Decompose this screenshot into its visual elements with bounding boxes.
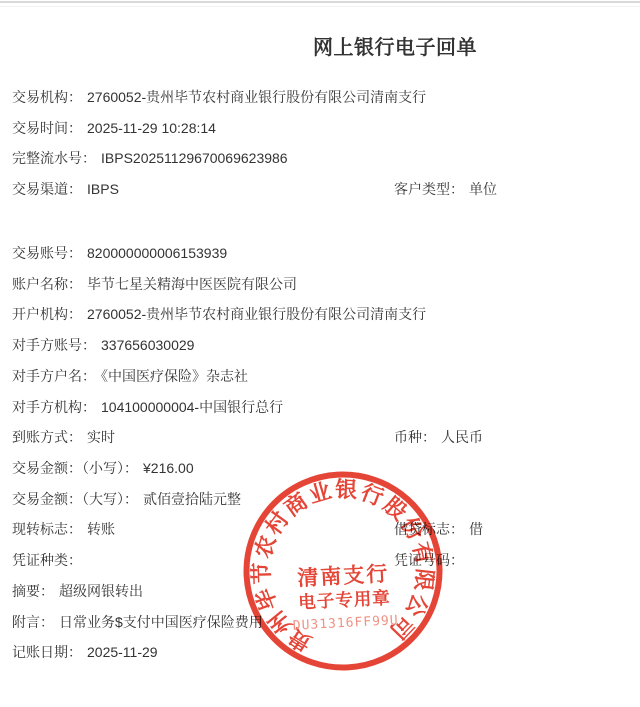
field-label: 交易时间：	[12, 120, 82, 136]
field-label: 开户机构：	[12, 306, 82, 322]
field-value: 超级网银转出	[59, 583, 143, 599]
field-value: 贰佰壹拾陆元整	[143, 491, 241, 507]
field-row: 开户机构：2760052-贵州毕节农村商业银行股份有限公司清南支行	[12, 304, 640, 324]
field-label: 交易金额：（小写）：	[12, 460, 138, 476]
stamp-branch-name: 清南支行	[297, 562, 390, 591]
field-value: 实时	[87, 429, 115, 445]
field-row: 到账方式：实时币种：人民币	[12, 427, 640, 447]
field-row: 对手方账号：337656030029	[12, 335, 640, 355]
field-value: 《中国医疗保险》杂志社	[101, 368, 248, 384]
field-value: 2025-11-29	[87, 644, 158, 660]
field-label: 对手方账号：	[12, 337, 96, 353]
field-value: 820000000006153939	[87, 245, 227, 261]
field-label: 交易渠道：	[12, 181, 82, 197]
field-label: 币种：	[394, 429, 436, 445]
field-value: IBPS20251129670069623986	[101, 150, 288, 166]
bank-seal-svg: 贵州毕节农村商业银行股份有限公司 清南支行 电子专用章 DU31316FF99U	[243, 471, 443, 671]
field-label: 客户类型：	[394, 181, 464, 197]
field-row: 对手方机构：104100000004-中国银行总行	[12, 397, 640, 417]
field-label: 现转标志：	[12, 521, 82, 537]
field-label: 记账日期：	[12, 644, 82, 660]
field-value: 104100000004-中国银行总行	[101, 399, 283, 415]
field-row: 对手方户名：《中国医疗保险》杂志社	[12, 366, 640, 386]
field-row-right: 客户类型：单位	[394, 179, 497, 199]
stamp-code: DU31316FF99U	[292, 613, 399, 634]
field-label: 交易机构：	[12, 89, 82, 105]
field-row-right: 币种：人民币	[394, 427, 483, 447]
field-value: 日常业务$支付中国医疗保险费用	[59, 614, 263, 630]
field-label: 到账方式：	[12, 429, 82, 445]
field-value: ¥216.00	[143, 460, 194, 476]
field-row: 交易机构：2760052-贵州毕节农村商业银行股份有限公司清南支行	[12, 87, 640, 107]
field-label: 对手方户名：	[12, 368, 96, 384]
field-value: 单位	[469, 181, 497, 197]
field-label: 凭证种类：	[12, 552, 82, 568]
field-label: 交易金额：（大写）：	[12, 491, 138, 507]
field-value: 2025-11-29 10:28:14	[87, 120, 216, 136]
field-value: 2760052-贵州毕节农村商业银行股份有限公司清南支行	[87, 89, 426, 105]
field-value: 毕节七星关精海中医医院有限公司	[87, 276, 297, 292]
field-value: IBPS	[87, 181, 119, 197]
bank-seal-stamp: 贵州毕节农村商业银行股份有限公司 清南支行 电子专用章 DU31316FF99U	[243, 471, 443, 671]
stamp-seal-type: 电子专用章	[298, 588, 391, 613]
field-row: 交易时间：2025-11-29 10:28:14	[12, 118, 640, 138]
field-value: 337656030029	[101, 337, 194, 353]
field-label: 对手方机构：	[12, 399, 96, 415]
field-label: 账户名称：	[12, 276, 82, 292]
field-row: 交易渠道：IBPS客户类型：单位	[12, 179, 640, 199]
field-value: 转账	[87, 521, 115, 537]
field-label: 摘要：	[12, 583, 54, 599]
field-row: 完整流水号：IBPS20251129670069623986	[12, 148, 640, 168]
field-row: 账户名称：毕节七星关精海中医医院有限公司	[12, 274, 640, 294]
field-label: 交易账号：	[12, 245, 82, 261]
field-value: 借	[469, 521, 483, 537]
field-value: 人民币	[441, 429, 483, 445]
field-row: 交易账号：820000000006153939	[12, 243, 640, 263]
field-label: 附言：	[12, 614, 54, 630]
field-value: 2760052-贵州毕节农村商业银行股份有限公司清南支行	[87, 306, 426, 322]
field-label: 完整流水号：	[12, 150, 96, 166]
